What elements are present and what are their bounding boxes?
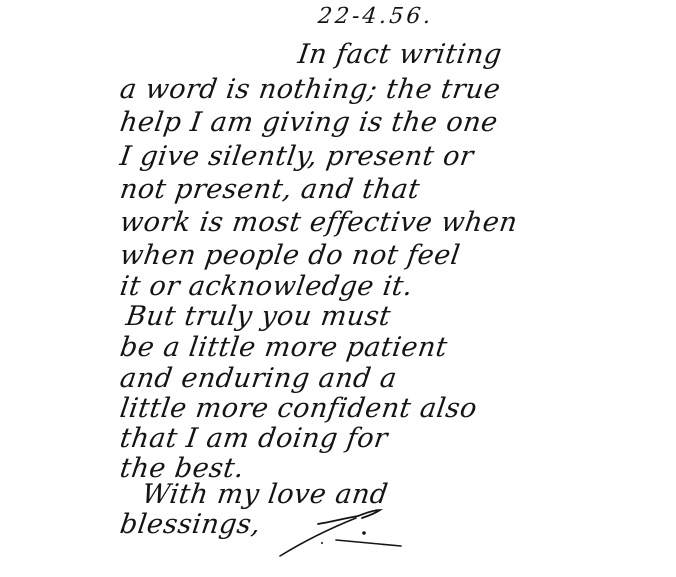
letter-line: a word is nothing; the true bbox=[118, 75, 502, 105]
handwritten-letter: 22-4.56. In fact writing a word is nothi… bbox=[0, 0, 676, 577]
letter-line: not present, and that bbox=[118, 175, 422, 205]
letter-line: and enduring and a bbox=[118, 364, 399, 394]
letter-line: But truly you must bbox=[124, 302, 393, 332]
letter-line: when people do not feel bbox=[118, 241, 462, 271]
letter-line: In fact writing bbox=[296, 40, 504, 70]
letter-line: help I am giving is the one bbox=[118, 108, 500, 138]
letter-line: work is most effective when bbox=[118, 208, 519, 238]
signature-mark bbox=[276, 500, 406, 560]
letter-line: blessings, bbox=[118, 510, 263, 540]
letter-line: it or acknowledge it. bbox=[118, 272, 415, 302]
letter-date: 22-4.56. bbox=[317, 4, 435, 30]
letter-line: little more confident also bbox=[118, 394, 479, 424]
letter-line: be a little more patient bbox=[118, 333, 449, 363]
letter-line: I give silently, present or bbox=[118, 142, 475, 172]
letter-line: that I am doing for bbox=[118, 424, 390, 454]
